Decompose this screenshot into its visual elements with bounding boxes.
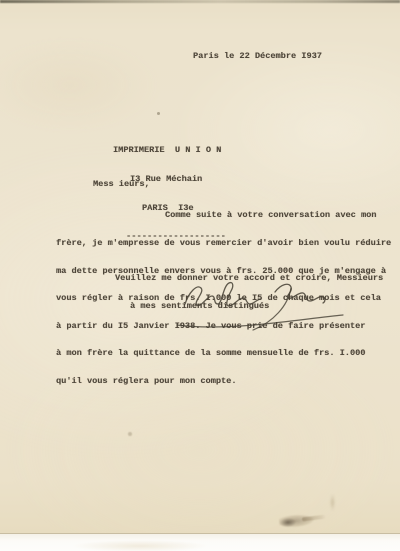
signature-stroke-underline [177,315,343,327]
body-line: qu'il vous réglera pour mon compte. [56,377,398,386]
signature-stroke-last-name [275,284,325,303]
handwritten-signature [175,272,350,337]
salutation: Mess ieurs, [93,180,150,189]
paper-stain-faint [329,491,336,514]
recipient-line-1: IMPRIMERIE U N I O N [113,146,226,156]
paper-speck [128,432,132,436]
signature-stroke-first-name [185,283,261,306]
body-line: à mon frère la quittance de la somme men… [56,349,398,358]
dateline: Paris le 22 Décembre I937 [193,52,322,61]
photo-background: Paris le 22 Décembre I937 IMPRIMERIE U N… [0,0,400,551]
paper-speck [157,112,160,115]
body-line: Comme suite à votre conversation avec mo… [56,211,398,220]
letter-paper: Paris le 22 Décembre I937 IMPRIMERIE U N… [0,0,400,534]
background-below-paper [0,534,400,551]
body-line: frère, je m'empresse de vous remercier d… [56,239,398,248]
paper-top-edge [0,0,400,3]
